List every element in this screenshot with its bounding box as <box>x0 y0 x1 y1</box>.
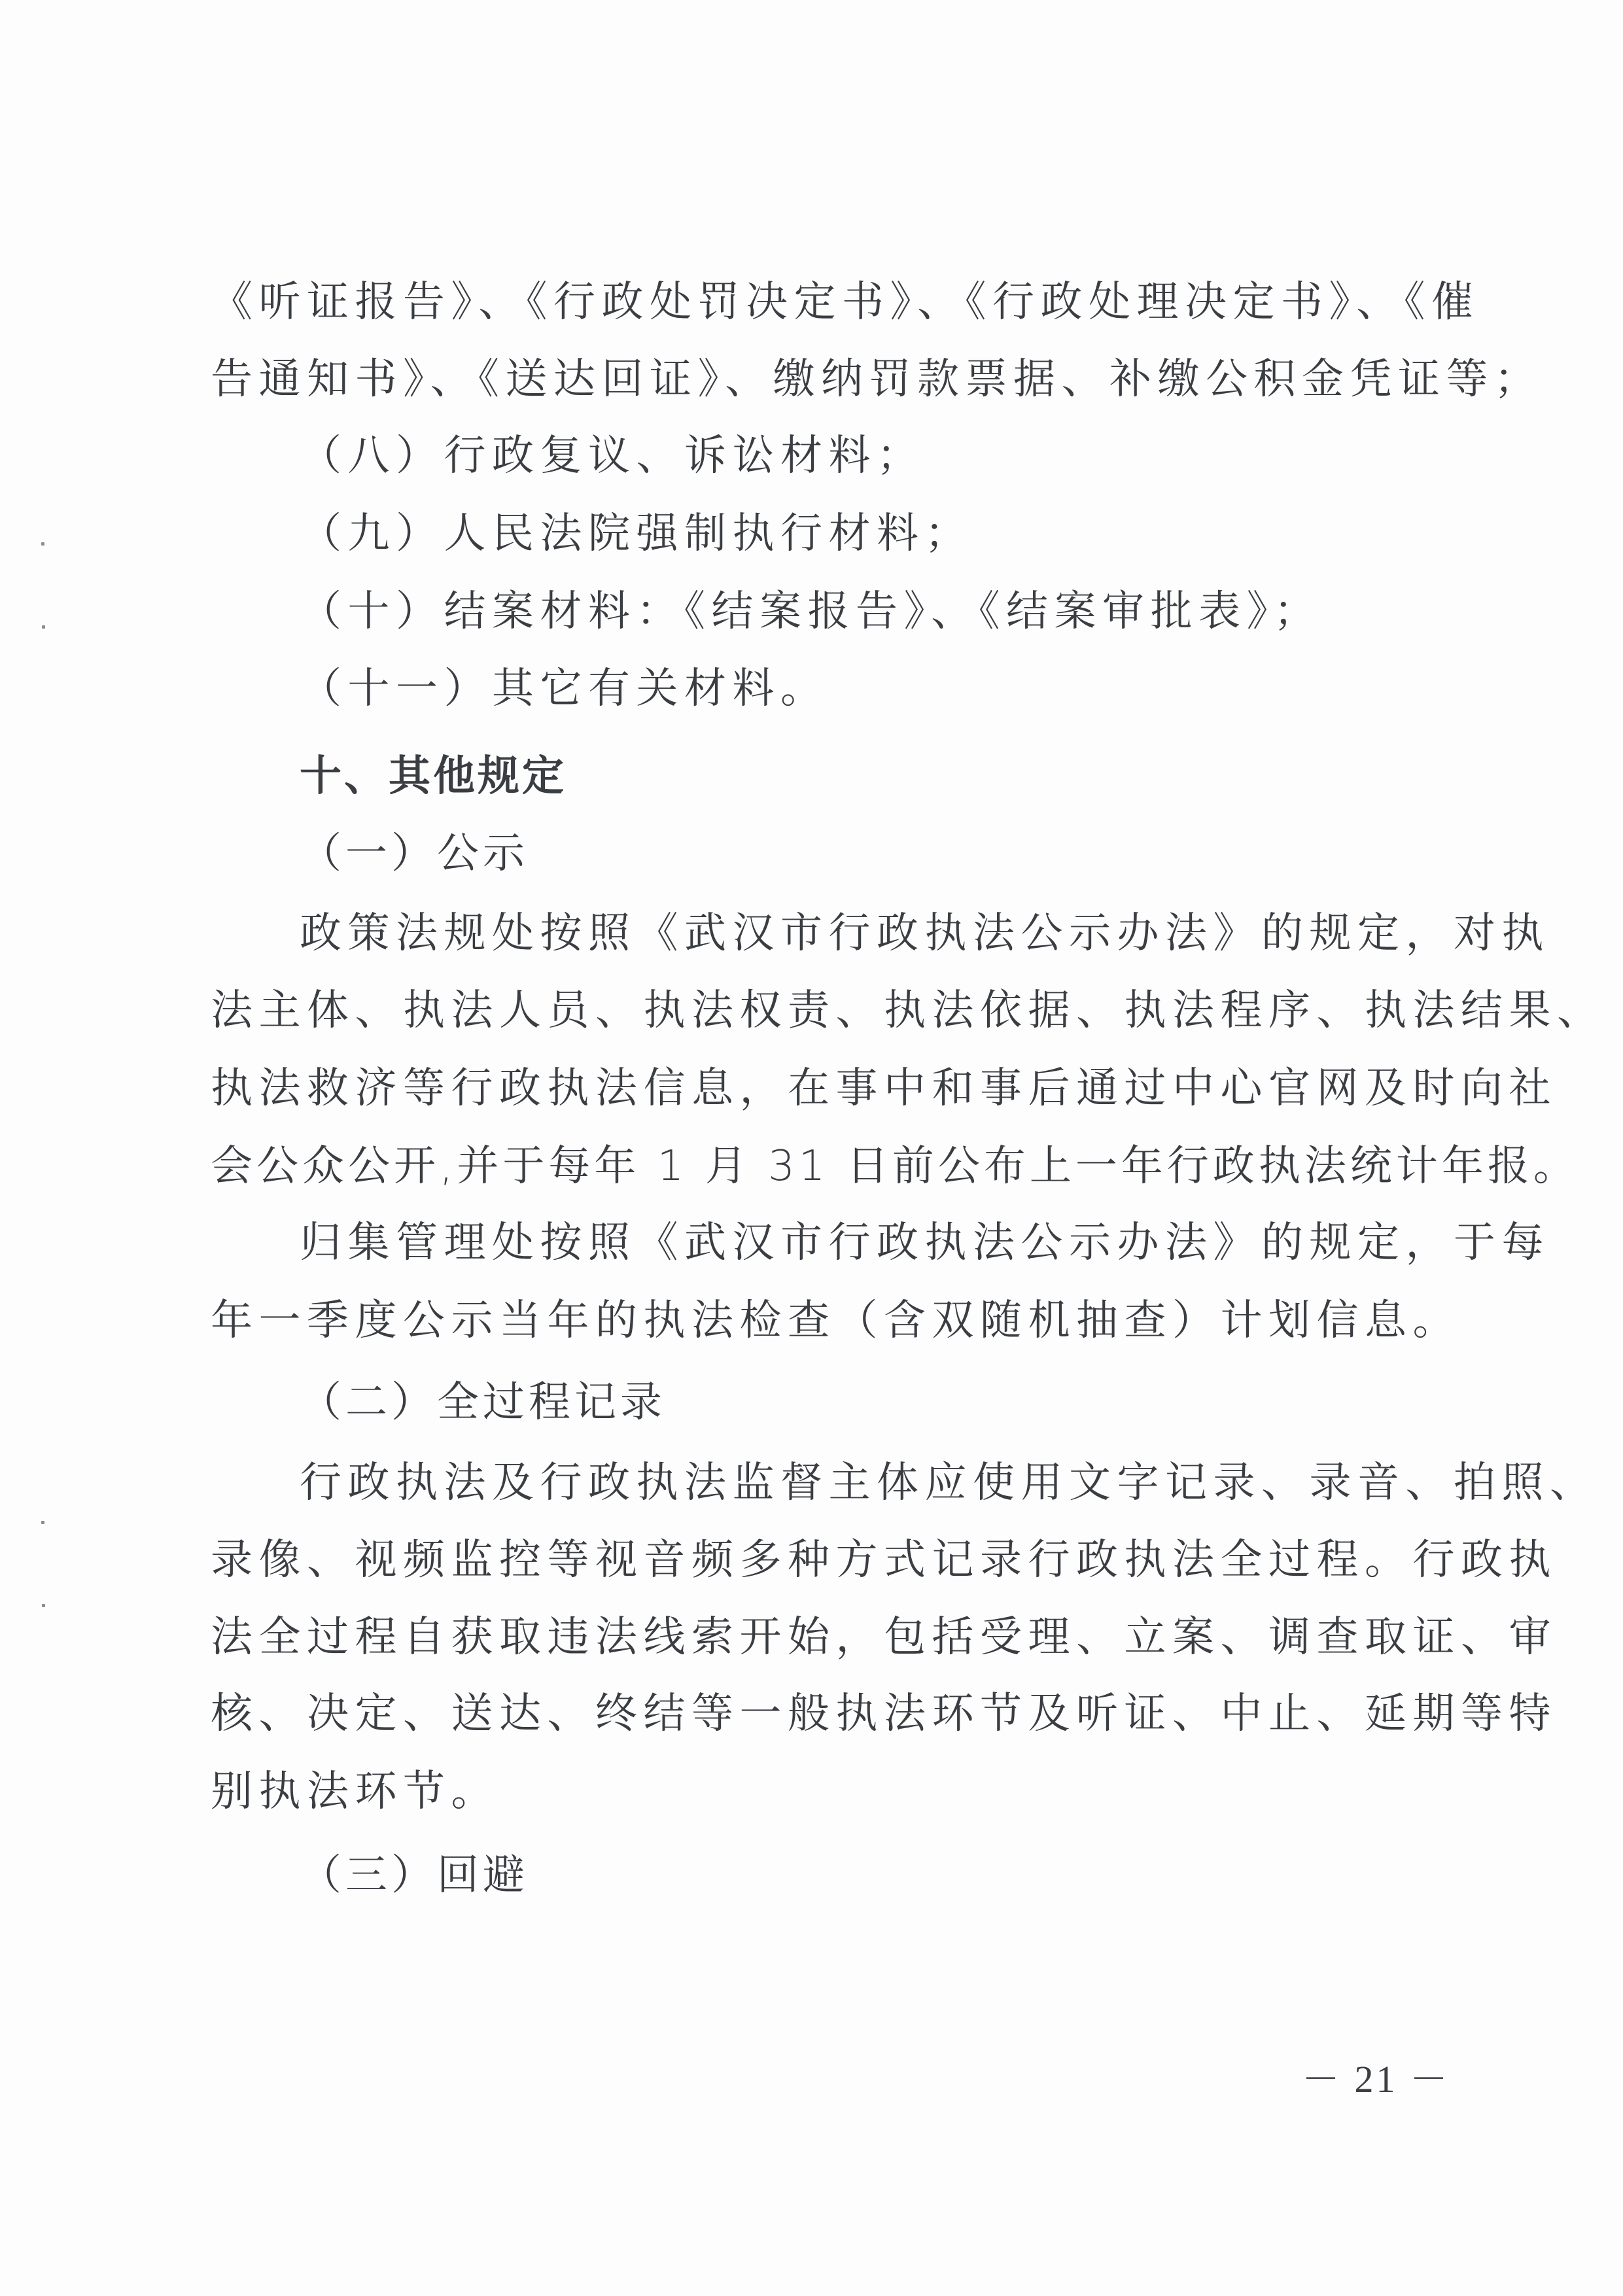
paragraph-line: 别执法环节。 <box>211 1771 499 1813</box>
list-item-11: （十一）其它有关材料。 <box>300 668 829 710</box>
paragraph-line: 归集管理处按照《武汉市行政执法公示办法》的规定，于每 <box>300 1222 1550 1264</box>
page-number: － 21 － <box>1302 2061 1450 2098</box>
paragraph-line: 法主体、执法人员、执法权责、执法依据、执法程序、执法结果、 <box>211 990 1605 1032</box>
section-heading: 十、其他规定 <box>300 756 567 797</box>
paragraph-line: 会公众公开,并于每年 1 月 31 日前公布上一年行政执法统计年报。 <box>211 1145 1579 1187</box>
margin-mark <box>42 1604 45 1607</box>
margin-mark <box>42 625 45 629</box>
paragraph-line: 法全过程自获取违法线索开始，包括受理、立案、调查取证、审 <box>211 1616 1557 1658</box>
margin-mark <box>41 542 44 546</box>
paragraph-line: 行政执法及行政执法监督主体应使用文字记录、录音、拍照、 <box>300 1462 1598 1504</box>
margin-mark <box>41 1521 44 1524</box>
subsection-title-recusal: （三）回避 <box>300 1854 529 1896</box>
list-item-9: （九）人民法院强制执行材料； <box>300 513 973 555</box>
subsection-title-full-process-record: （二）全过程记录 <box>300 1382 666 1423</box>
list-item-8: （八）行政复议、诉讼材料； <box>300 435 925 477</box>
paragraph-line: 执法救济等行政执法信息，在事中和事后通过中心官网及时向社 <box>211 1068 1557 1109</box>
document-page: 《听证报告》、《行政处罚决定书》、《行政处理决定书》、《催 告通知书》、《送达回… <box>0 0 1623 2296</box>
subsection-title-publicity: （一）公示 <box>300 833 529 875</box>
text-line-continuation: 《听证报告》、《行政处罚决定书》、《行政处理决定书》、《催 <box>211 281 1480 323</box>
paragraph-line: 年一季度公示当年的执法检查（含双随机抽查）计划信息。 <box>211 1300 1461 1342</box>
list-item-10: （十）结案材料：《结案报告》、《结案审批表》； <box>300 591 1322 633</box>
paragraph-line: 核、决定、送达、终结等一般执法环节及听证、中止、延期等特 <box>211 1693 1557 1735</box>
paragraph-line: 政策法规处按照《武汉市行政执法公示办法》的规定，对执 <box>300 913 1550 954</box>
text-line-continuation: 告通知书》、《送达回证》、缴纳罚款票据、补缴公积金凭证等； <box>211 358 1543 400</box>
paragraph-line: 录像、视频监控等视音频多种方式记录行政执法全过程。行政执 <box>211 1539 1557 1581</box>
